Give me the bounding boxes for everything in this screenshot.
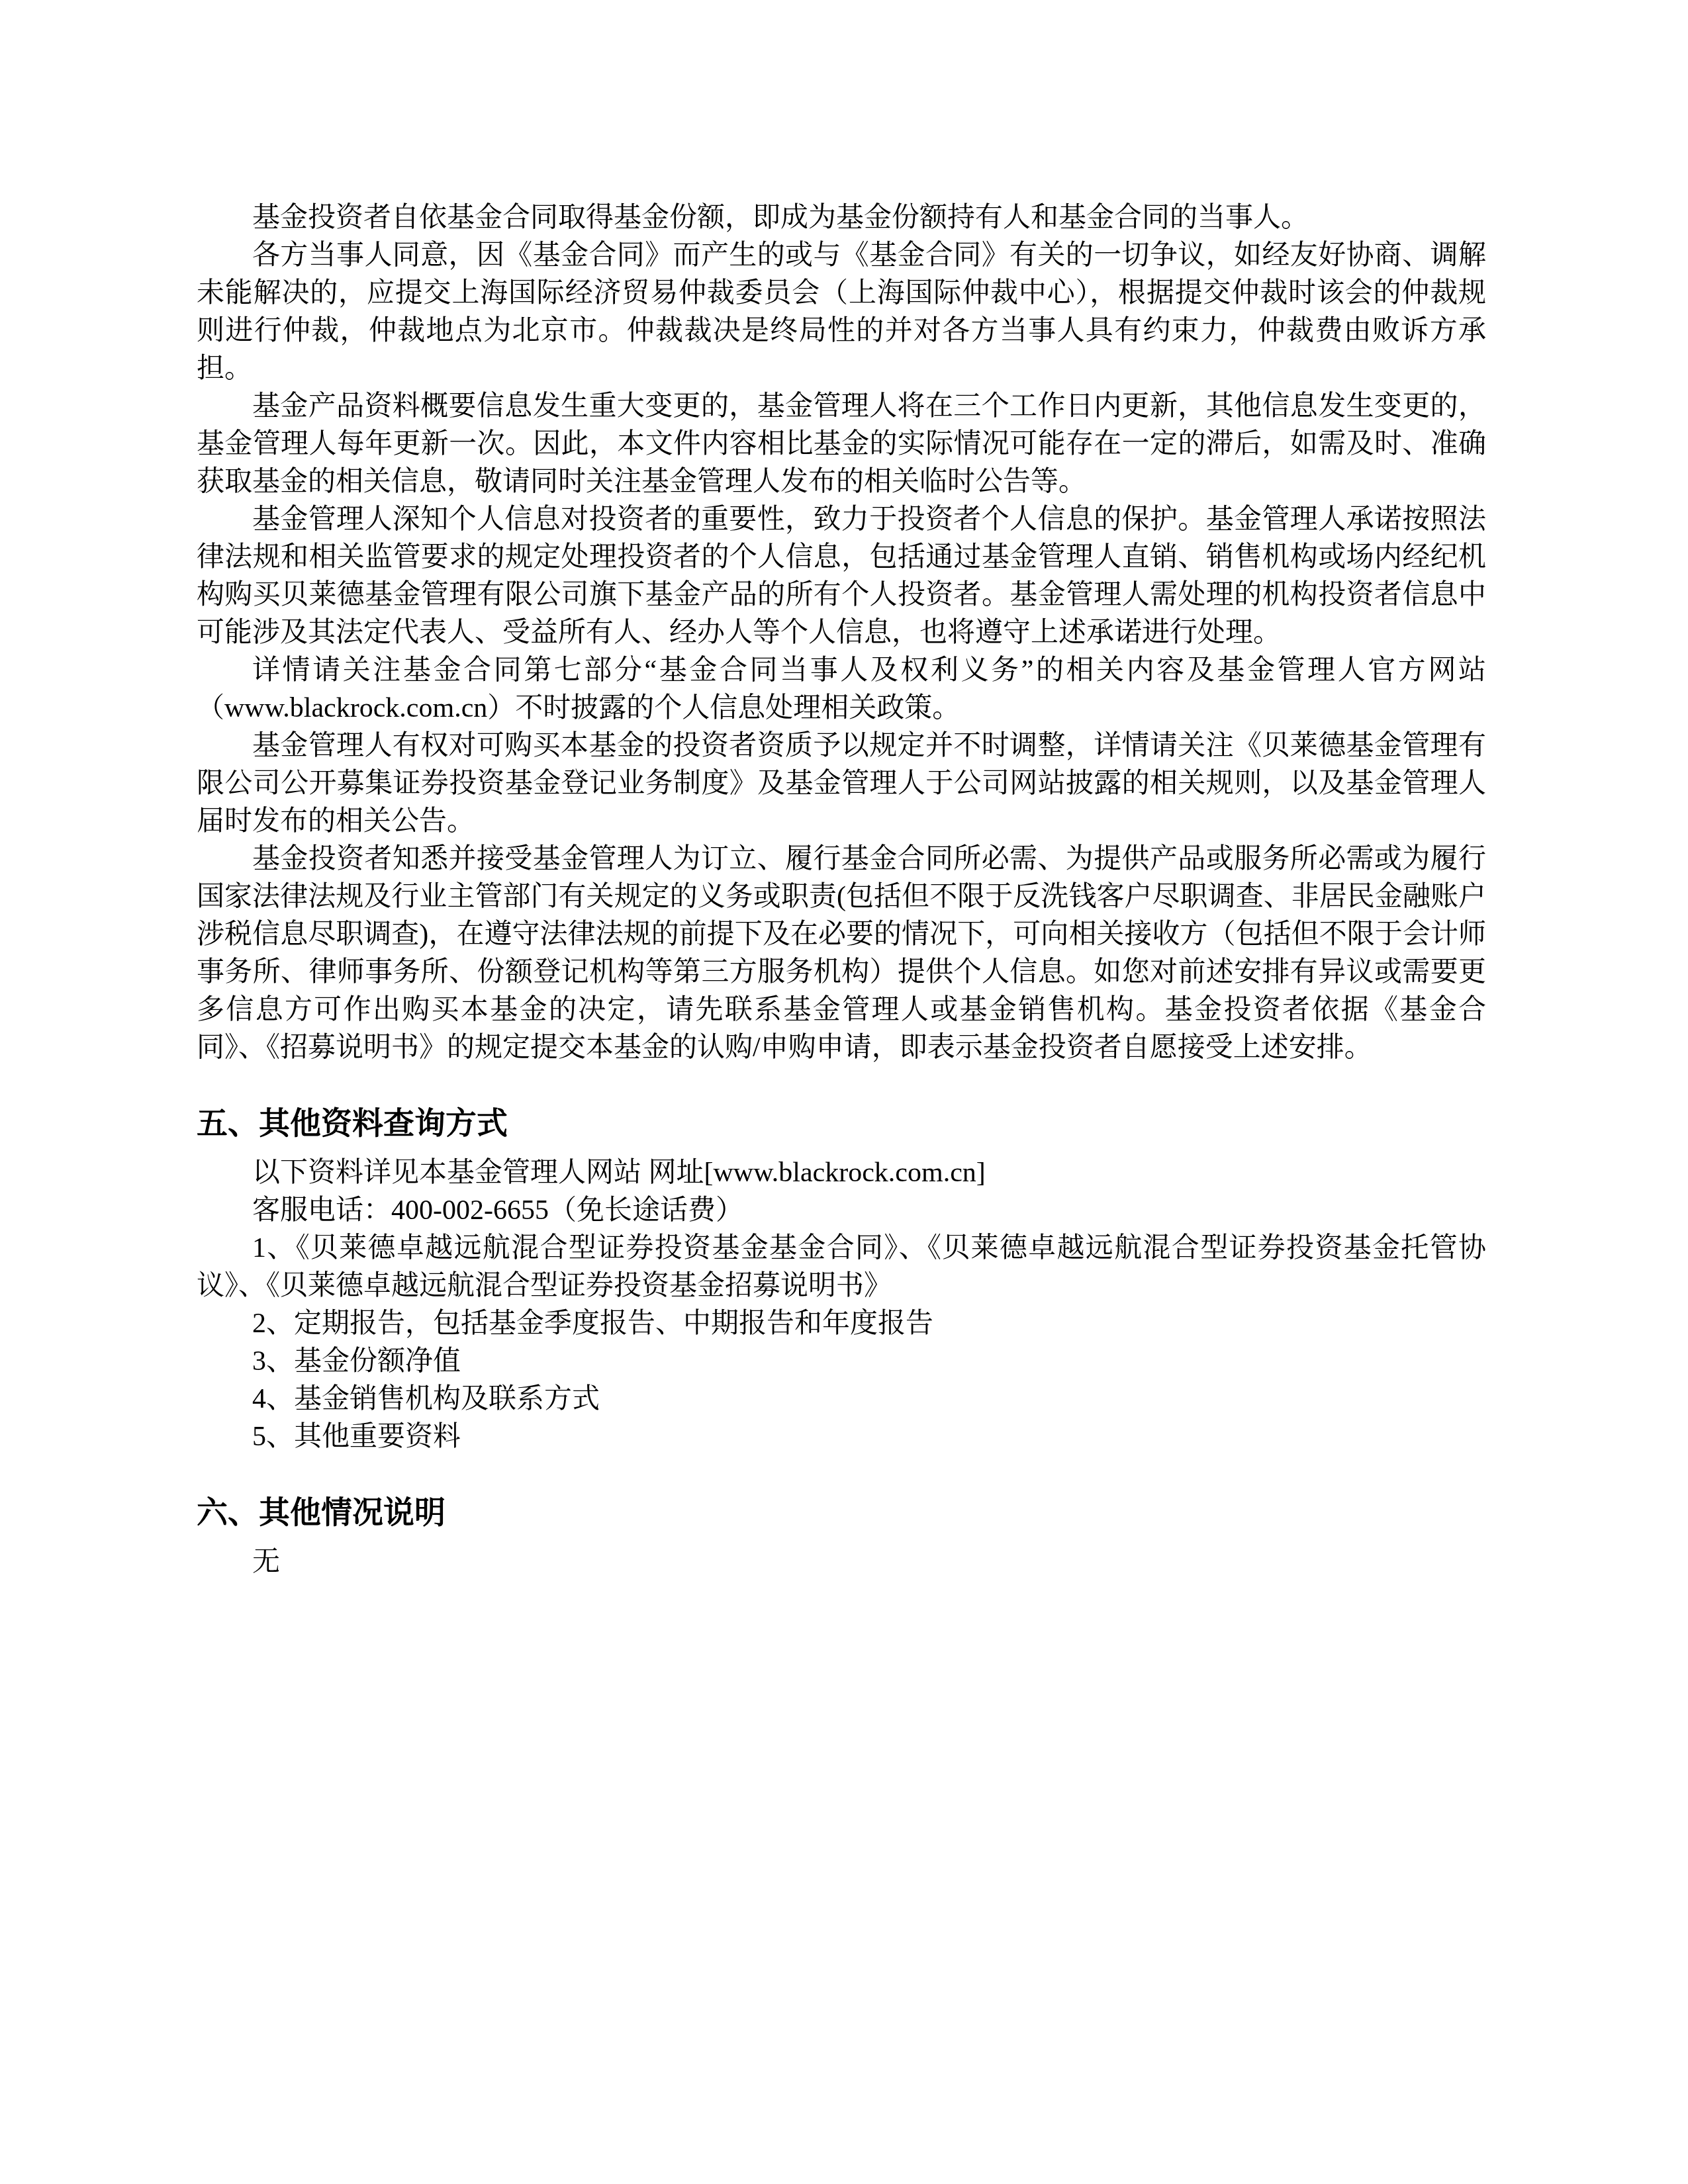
list-item-2: 2、定期报告，包括基金季度报告、中期报告和年度报告 [197,1305,1486,1343]
body-paragraph-1: 基金投资者自依基金合同取得基金份额，即成为基金份额持有人和基金合同的当事人。 [197,199,1486,237]
list-item-1: 1、《贝莱德卓越远航混合型证券投资基金基金合同》、《贝莱德卓越远航混合型证券投资… [197,1230,1486,1305]
body-paragraph-2: 各方当事人同意，因《基金合同》而产生的或与《基金合同》有关的一切争议，如经友好协… [197,237,1486,388]
list-item-4: 4、基金销售机构及联系方式 [197,1381,1486,1418]
body-paragraph-7: 基金投资者知悉并接受基金管理人为订立、履行基金合同所必需、为提供产品或服务所必需… [197,841,1486,1067]
document-page: 基金投资者自依基金合同取得基金份额，即成为基金份额持有人和基金合同的当事人。 各… [0,0,1688,2184]
section-six-content: 无 [197,1543,1486,1581]
website-line: 以下资料详见本基金管理人网站 网址[www.blackrock.com.cn] [197,1154,1486,1192]
body-paragraph-3: 基金产品资料概要信息发生重大变更的，基金管理人将在三个工作日内更新，其他信息发生… [197,388,1486,501]
section-five-heading: 五、其他资料查询方式 [197,1103,1486,1144]
section-six-heading: 六、其他情况说明 [197,1492,1486,1533]
section-five-body: 以下资料详见本基金管理人网站 网址[www.blackrock.com.cn] … [197,1154,1486,1456]
list-item-3: 3、基金份额净值 [197,1343,1486,1381]
list-item-5: 5、其他重要资料 [197,1418,1486,1456]
phone-line: 客服电话：400-002-6655（免长途话费） [197,1192,1486,1230]
section-six-body: 无 [197,1543,1486,1581]
body-paragraph-5: 详情请关注基金合同第七部分“基金合同当事人及权利义务”的相关内容及基金管理人官方… [197,652,1486,727]
body-paragraph-6: 基金管理人有权对可购买本基金的投资者资质予以规定并不时调整，详情请关注《贝莱德基… [197,727,1486,841]
body-paragraph-4: 基金管理人深知个人信息对投资者的重要性，致力于投资者个人信息的保护。基金管理人承… [197,501,1486,652]
